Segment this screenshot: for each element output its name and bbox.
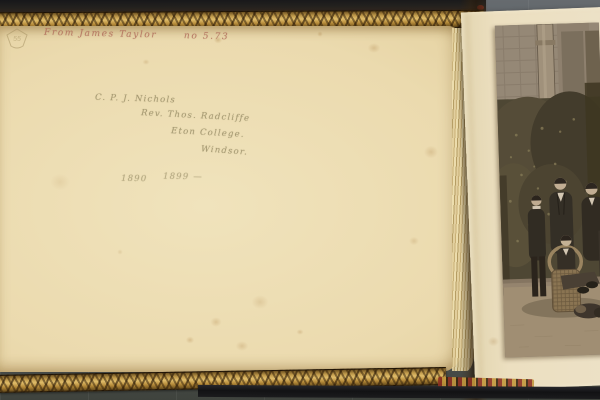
album-photograph: 55 From James Taylor no 5.73 C. P. J. Ni… (0, 0, 600, 400)
album-cover-bottom-edge (198, 385, 600, 399)
stamp-text: 55 (13, 36, 21, 43)
album-left-page (0, 26, 462, 372)
embossed-stamp-icon: 55 (3, 27, 31, 50)
mounted-photograph (495, 22, 600, 357)
sepia-tint (495, 22, 600, 357)
